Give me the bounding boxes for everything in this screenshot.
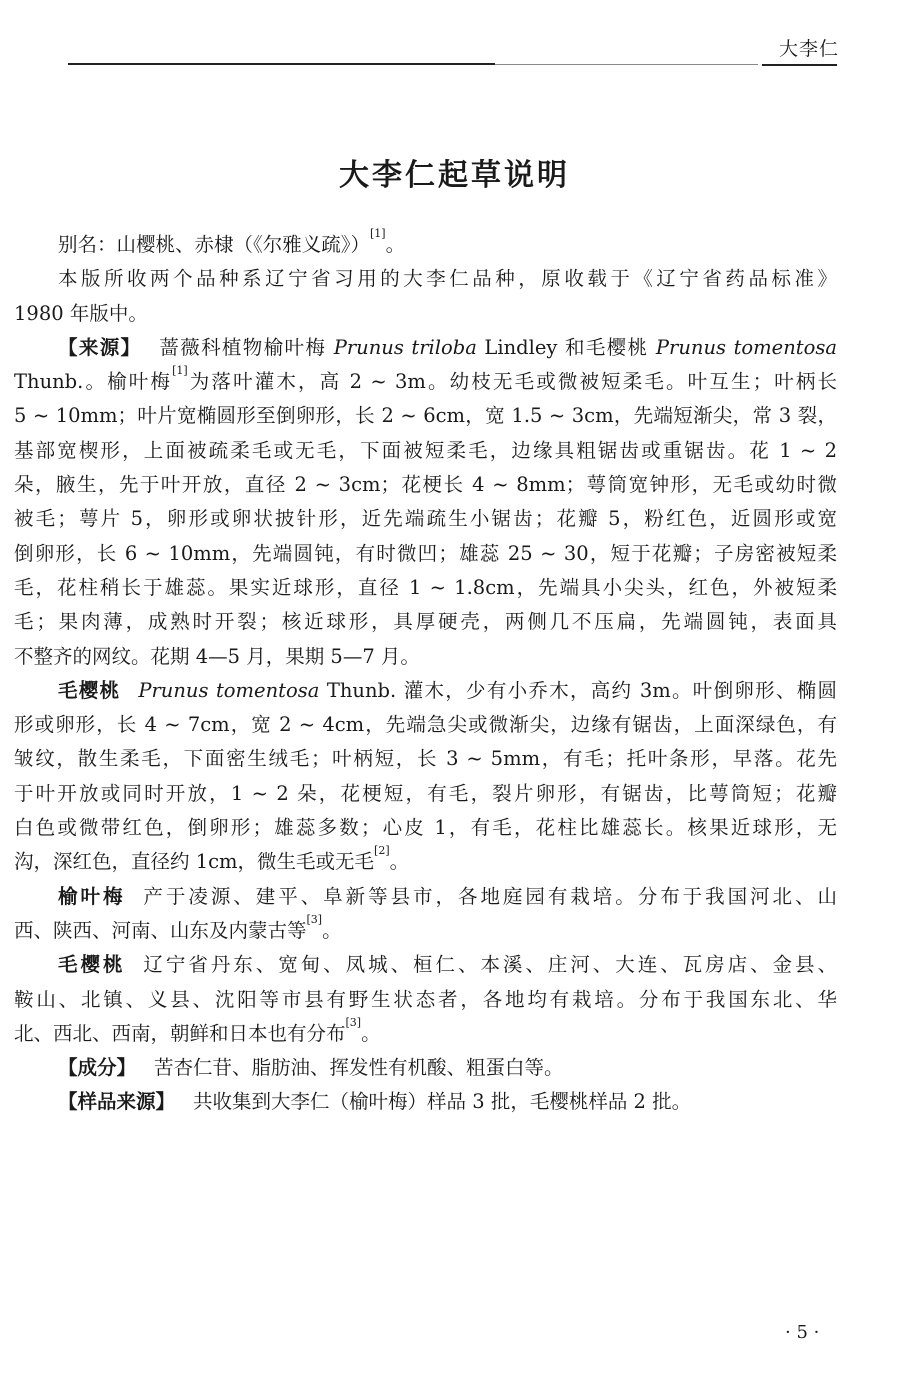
triloba-distribution-line: 榆叶梅产于凌源、建平、阜新等县市，各地庭园有栽培。分布于我国河北、山 xyxy=(14,880,837,914)
distribution-text: 西、陕西、河南、山东及内蒙古等 xyxy=(14,919,307,942)
page-title: 大李仁起草说明 xyxy=(0,150,909,194)
section-label-triloba: 榆叶梅 xyxy=(58,885,125,908)
alias-paragraph: 别名：山樱桃、赤棣（《尔雅义疏》）[1]。 xyxy=(14,228,837,262)
tomentosa-line: 白色或微带红色，倒卵形；雄蕊多数；心皮 1，有毛，花柱比雄蕊长。核果近球形，无 xyxy=(14,811,837,845)
header-rule-thin xyxy=(495,64,758,65)
tomentosa-line: 于叶开放或同时开放，1 ~ 2 朵，花梗短，有毛，裂片卵形，有锯齿，比萼筒短；花… xyxy=(14,777,837,811)
samples-text: 共收集到大李仁（榆叶梅）样品 3 批，毛樱桃样品 2 批。 xyxy=(193,1090,691,1113)
section-label-tomentosa-dist: 毛樱桃 xyxy=(58,953,125,976)
tomentosa-text: 沟，深红色，直径约 1cm，微生毛或无毛 xyxy=(14,850,374,873)
period: 。 xyxy=(390,850,410,873)
tomentosa-distribution-line: 毛樱桃辽宁省丹东、宽甸、凤城、桓仁、本溪、庄河、大连、瓦房店、金县、 xyxy=(14,948,837,982)
tomentosa-distribution-line: 鞍山、北镇、义县、沈阳等市县有野生状态者，各地均有栽培。分布于我国东北、华 xyxy=(14,983,837,1017)
triloba-distribution-line: 西、陕西、河南、山东及内蒙古等[3]。 xyxy=(14,914,837,948)
source-line: 毛；果肉薄，成熟时开裂；核近球形，具厚硬壳，两侧几不压扁，先端圆钝，表面具 xyxy=(14,605,837,639)
tomentosa-text: Thunb. 灌木，少有小乔木，高约 3m。叶倒卵形、椭圆 xyxy=(319,679,837,702)
samples-line: 【样品来源】共收集到大李仁（榆叶梅）样品 3 批，毛樱桃样品 2 批。 xyxy=(14,1085,837,1119)
components-text: 苦杏仁苷、脂肪油、挥发性有机酸、粗蛋白等。 xyxy=(154,1056,564,1079)
intro-line: 1980 年版中。 xyxy=(14,297,837,331)
tomentosa-line: 毛樱桃Prunus tomentosa Thunb. 灌木，少有小乔木，高约 3… xyxy=(14,674,837,708)
species-name: Prunus tomentosa xyxy=(656,336,837,359)
citation: [3] xyxy=(346,1016,362,1029)
running-head-title: 大李仁 xyxy=(779,34,839,61)
tomentosa-distribution-line: 北、西北、西南，朝鲜和日本也有分布[3]。 xyxy=(14,1017,837,1051)
intro-line: 本版所收两个品种系辽宁省习用的大李仁品种，原收载于《辽宁省药品标准》 xyxy=(14,262,837,296)
source-line: 毛，花柱稍长于雄蕊。果实近球形，直径 1 ~ 1.8cm，先端具小尖头，红色，外… xyxy=(14,571,837,605)
header-rule-right xyxy=(762,64,837,66)
source-line: 【来源】蔷薇科植物榆叶梅 Prunus triloba Lindley 和毛樱桃… xyxy=(14,331,837,365)
source-text: 蔷薇科植物榆叶梅 xyxy=(159,336,333,359)
citation: [3] xyxy=(307,913,323,926)
components-line: 【成分】苦杏仁苷、脂肪油、挥发性有机酸、粗蛋白等。 xyxy=(14,1051,837,1085)
tomentosa-line: 沟，深红色，直径约 1cm，微生毛或无毛[2]。 xyxy=(14,845,837,879)
alias-text: 别名：山樱桃、赤棣（《尔雅义疏》） xyxy=(58,233,370,256)
species-name: Prunus tomentosa xyxy=(138,679,319,702)
source-line: 倒卵形，长 6 ~ 10mm，先端圆钝，有时微凹；雄蕊 25 ~ 30，短于花瓣… xyxy=(14,537,837,571)
period: 。 xyxy=(386,233,406,256)
source-line: 5 ~ 10mm；叶片宽椭圆形至倒卵形，长 2 ~ 6cm，宽 1.5 ~ 3c… xyxy=(14,399,837,433)
distribution-text: 产于凌源、建平、阜新等县市，各地庭园有栽培。分布于我国河北、山 xyxy=(143,885,837,908)
tomentosa-line: 形或卵形，长 4 ~ 7cm，宽 2 ~ 4cm，先端急尖或微渐尖，边缘有锯齿，… xyxy=(14,708,837,742)
page-number: · 5 · xyxy=(785,1322,819,1343)
citation: [1] xyxy=(172,364,188,377)
distribution-text: 北、西北、西南，朝鲜和日本也有分布 xyxy=(14,1022,346,1045)
source-line: 基部宽楔形，上面被疏柔毛或无毛，下面被短柔毛，边缘具粗锯齿或重锯齿。花 1 ~ … xyxy=(14,434,837,468)
citation: [1] xyxy=(370,227,386,240)
species-name: Prunus triloba xyxy=(334,336,477,359)
source-line: 不整齐的网纹。花期 4—5 月，果期 5—7 月。 xyxy=(14,640,837,674)
tomentosa-line: 皱纹，散生柔毛，下面密生绒毛；叶柄短，长 3 ~ 5mm，有毛；托叶条形，早落。… xyxy=(14,742,837,776)
section-label-source: 【来源】 xyxy=(58,336,141,359)
section-label-samples: 【样品来源】 xyxy=(58,1090,175,1113)
section-label-components: 【成分】 xyxy=(58,1056,136,1079)
source-line: 被毛；萼片 5，卵形或卵状披针形，近先端疏生小锯齿；花瓣 5，粉红色，近圆形或宽 xyxy=(14,502,837,536)
section-label-tomentosa: 毛樱桃 xyxy=(58,679,120,702)
document-body: 别名：山樱桃、赤棣（《尔雅义疏》）[1]。 本版所收两个品种系辽宁省习用的大李仁… xyxy=(14,228,837,1120)
source-line: Thunb.。榆叶梅[1]为落叶灌木，高 2 ~ 3m。幼枝无毛或微被短柔毛。叶… xyxy=(14,365,837,399)
source-text: 为落叶灌木，高 2 ~ 3m。幼枝无毛或微被短柔毛。叶互生；叶柄长 xyxy=(188,370,837,393)
period: 。 xyxy=(361,1022,381,1045)
header-rule xyxy=(68,63,495,65)
citation: [2] xyxy=(374,844,390,857)
source-line: 朵，腋生，先于叶开放，直径 2 ~ 3cm；花梗长 4 ~ 8mm；萼筒宽钟形，… xyxy=(14,468,837,502)
period: 。 xyxy=(322,919,342,942)
distribution-text: 辽宁省丹东、宽甸、凤城、桓仁、本溪、庄河、大连、瓦房店、金县、 xyxy=(143,953,837,976)
source-text: Thunb.。榆叶梅 xyxy=(14,370,172,393)
source-text: Lindley 和毛樱桃 xyxy=(477,336,656,359)
